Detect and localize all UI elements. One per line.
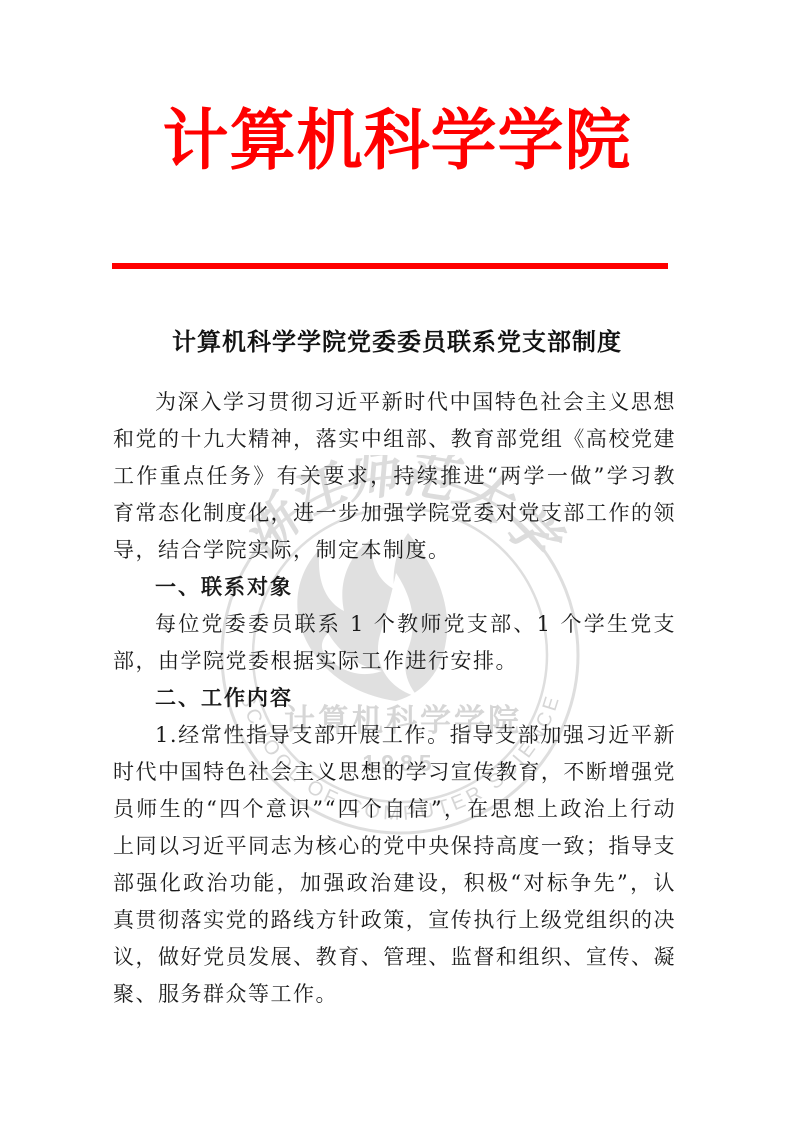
body-paragraph: 每位党委委员联系 1 个教师党支部、1 个学生党支部，由学院党委根据实际工作进行… [113,606,676,680]
letterhead-college-name: 计算机科学学院 [0,94,794,190]
section-heading: 一、联系对象 [113,569,676,606]
body-paragraph: 为深入学习贯彻习近平新时代中国特色社会主义思想和党的十九大精神，落实中组部、教育… [113,384,676,569]
section-heading: 二、工作内容 [113,680,676,717]
document-body: 为深入学习贯彻习近平新时代中国特色社会主义思想和党的十九大精神，落实中组部、教育… [113,384,676,1013]
document-title: 计算机科学学院党委委员联系党支部制度 [0,322,794,357]
body-paragraph: 1.经常性指导支部开展工作。指导支部加强习近平新时代中国特色社会主义思想的学习宣… [113,717,676,1013]
document-page: 浙江师范大学 计算机科学学院 1985 SCHOOL OF COMPUTER S… [0,0,794,1123]
letterhead-divider [112,263,668,269]
